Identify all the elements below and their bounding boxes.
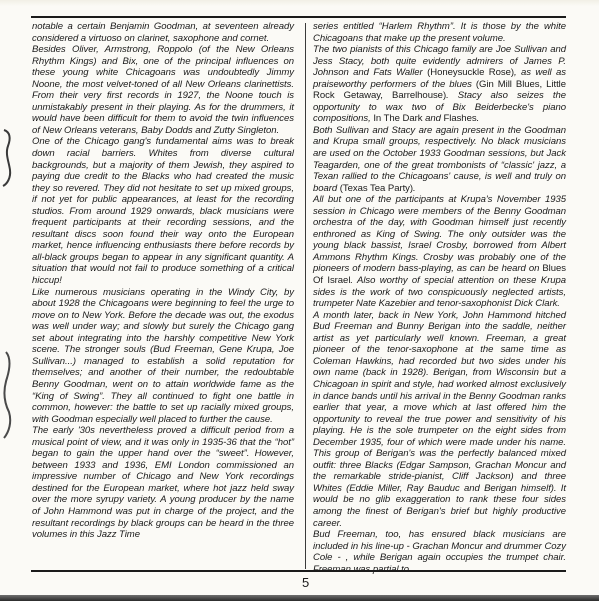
spiral-binding-loop [0,128,14,188]
text-run: Besides Oliver, Armstrong, Roppolo (of t… [32,44,294,136]
paragraph: series entitled “Harlem Rhythm”. It is t… [313,21,566,44]
left-column: notable a certain Benjamin Goodman, at s… [32,21,294,541]
title-reference: In The Dark [373,113,422,124]
text-run: A month later, back in New York, John Ha… [313,310,566,529]
text-run: Bud Freeman, too, has ensured black musi… [313,529,566,575]
text-run: . Also worthy of special attention on th… [313,275,566,309]
text-run: One of the Chicago gang's fundamental ai… [32,136,294,286]
text-run: and [422,113,443,124]
text-run: All but one of the participants at Krupa… [313,194,566,274]
paragraph: Besides Oliver, Armstrong, Roppolo (of t… [32,44,294,136]
text-run: Like numerous musicians operating in the… [32,287,294,425]
bottom-rule [31,570,566,572]
paragraph: A month later, back in New York, John Ha… [313,310,566,529]
right-column: series entitled “Harlem Rhythm”. It is t… [313,21,566,575]
title-reference: Flashes [443,113,476,124]
page-top-shadow [0,0,599,6]
paragraph: One of the Chicago gang's fundamental ai… [32,136,294,286]
paragraph: Both Sullivan and Stacy are again presen… [313,125,566,194]
top-rule [31,16,566,18]
text-run: notable a certain Benjamin Goodman, at s… [32,21,294,44]
title-reference: (Honeysuckle Rose) [427,67,514,78]
paragraph: Like numerous musicians operating in the… [32,287,294,426]
paragraph: The early '30s nevertheless proved a dif… [32,425,294,540]
text-run: The early '30s nevertheless proved a dif… [32,425,294,540]
text-run: . [477,113,480,124]
paragraph: The two pianists of this Chicago family … [313,44,566,125]
column-divider [305,23,306,569]
page-bottom-edge [0,595,599,601]
title-reference: (Texas Tea Party) [340,183,413,194]
paragraph: Bud Freeman, too, has ensured black musi… [313,529,566,575]
text-run: . [413,183,416,194]
paragraph: All but one of the participants at Krupa… [313,194,566,309]
paragraph: notable a certain Benjamin Goodman, at s… [32,21,294,44]
text-run: series entitled “Harlem Rhythm”. It is t… [313,21,566,44]
spiral-binding-loop [0,350,14,440]
page-number: 5 [302,576,309,590]
